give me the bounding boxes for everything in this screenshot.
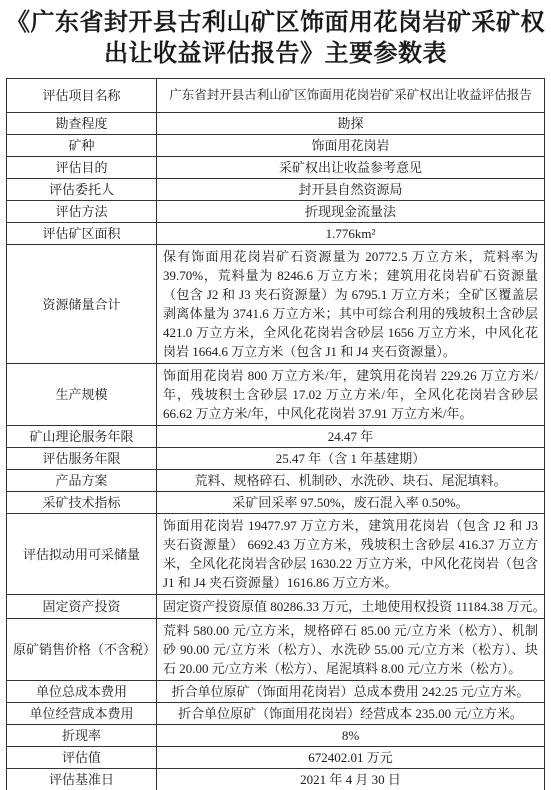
document-title-line2: 出让收益评估报告》主要参数表 — [0, 39, 551, 70]
parameters-table-body: 评估项目名称 广东省封开县古利山矿区饰面用花岗岩矿采矿权出让收益评估报告 勘查程… — [7, 79, 545, 790]
row-label: 固定资产投资 — [7, 595, 157, 619]
row-label: 评估方法 — [7, 201, 157, 223]
row-value: 荒料、规格碎石、机制砂、水洗砂、块石、尾泥填料。 — [157, 470, 545, 492]
table-row: 生产规模 饰面用花岗岩 800 万立方米/年，建筑用花岗岩 229.26 万立方… — [7, 364, 545, 426]
row-label: 矿山理论服务年限 — [7, 426, 157, 448]
row-value: 2021 年 4 月 30 日 — [157, 769, 545, 790]
table-row: 固定资产投资 固定资产投资原值 80286.33 万元，土地使用权投资 1118… — [7, 595, 545, 619]
row-value: 采矿回采率 97.50%，废石混入率 0.50%。 — [157, 492, 545, 514]
row-label: 评估拟动用可采储量 — [7, 514, 157, 595]
row-label: 评估值 — [7, 747, 157, 769]
row-value: 饰面用花岗岩 — [157, 135, 545, 157]
table-row: 折现率 8% — [7, 725, 545, 747]
table-row: 产品方案 荒料、规格碎石、机制砂、水洗砂、块石、尾泥填料。 — [7, 470, 545, 492]
row-value: 折现现金流量法 — [157, 201, 545, 223]
document-title-line1: 《广东省封开县古利山矿区饰面用花岗岩矿采矿权 — [0, 8, 551, 39]
row-value: 672402.01 万元 — [157, 747, 545, 769]
row-value: 8% — [157, 725, 545, 747]
table-row: 矿山理论服务年限 24.47 年 — [7, 426, 545, 448]
row-value: 封开县自然资源局 — [157, 179, 545, 201]
table-row: 评估拟动用可采储量 饰面用花岗岩 19477.97 万立方米，建筑用花岗岩（包含… — [7, 514, 545, 595]
table-row: 资源储量合计 保有饰面用花岗岩矿石资源量为 20772.5 万立方米，荒料率为 … — [7, 245, 545, 364]
row-label: 产品方案 — [7, 470, 157, 492]
table-row: 评估委托人 封开县自然资源局 — [7, 179, 545, 201]
table-row: 评估矿区面积 1.776km² — [7, 223, 545, 245]
row-value: 荒料 580.00 元/立方米，规格碎石 85.00 元/立方米（松方）、机制砂… — [157, 619, 545, 681]
row-label: 评估项目名称 — [7, 79, 157, 113]
row-value: 饰面用花岗岩 19477.97 万立方米，建筑用花岗岩（包含 J2 和 J3 夹… — [157, 514, 545, 595]
row-value: 饰面用花岗岩 800 万立方米/年，建筑用花岗岩 229.26 万立方米/年，残… — [157, 364, 545, 426]
row-label: 生产规模 — [7, 364, 157, 426]
row-label: 资源储量合计 — [7, 245, 157, 364]
table-row: 评估项目名称 广东省封开县古利山矿区饰面用花岗岩矿采矿权出让收益评估报告 — [7, 79, 545, 113]
row-label: 评估基准日 — [7, 769, 157, 790]
row-label: 原矿销售价格（不含税） — [7, 619, 157, 681]
table-row: 评估目的 采矿权出让收益参考意见 — [7, 157, 545, 179]
row-label: 矿种 — [7, 135, 157, 157]
row-label: 评估服务年限 — [7, 448, 157, 470]
row-label: 评估矿区面积 — [7, 223, 157, 245]
row-label: 单位总成本费用 — [7, 681, 157, 703]
row-value: 24.47 年 — [157, 426, 545, 448]
row-value: 折合单位原矿（饰面用花岗岩）经营成本 235.00 元/立方米。 — [157, 703, 545, 725]
row-value: 勘探 — [157, 113, 545, 135]
parameters-table: 评估项目名称 广东省封开县古利山矿区饰面用花岗岩矿采矿权出让收益评估报告 勘查程… — [6, 78, 545, 790]
row-label: 单位经营成本费用 — [7, 703, 157, 725]
row-value: 1.776km² — [157, 223, 545, 245]
table-row: 勘查程度 勘探 — [7, 113, 545, 135]
table-row: 矿种 饰面用花岗岩 — [7, 135, 545, 157]
row-value: 采矿权出让收益参考意见 — [157, 157, 545, 179]
row-label: 勘查程度 — [7, 113, 157, 135]
table-row: 评估基准日 2021 年 4 月 30 日 — [7, 769, 545, 790]
table-row: 单位总成本费用 折合单位原矿（饰面用花岗岩）总成本费用 242.25 元/立方米… — [7, 681, 545, 703]
row-value: 固定资产投资原值 80286.33 万元，土地使用权投资 11184.38 万元… — [157, 595, 545, 619]
table-row: 原矿销售价格（不含税） 荒料 580.00 元/立方米，规格碎石 85.00 元… — [7, 619, 545, 681]
row-label: 采矿技术指标 — [7, 492, 157, 514]
table-row: 评估方法 折现现金流量法 — [7, 201, 545, 223]
row-label: 评估目的 — [7, 157, 157, 179]
row-label: 评估委托人 — [7, 179, 157, 201]
document-title: 《广东省封开县古利山矿区饰面用花岗岩矿采矿权 出让收益评估报告》主要参数表 — [0, 0, 551, 70]
table-row: 采矿技术指标 采矿回采率 97.50%，废石混入率 0.50%。 — [7, 492, 545, 514]
row-value: 25.47 年（含 1 年基建期） — [157, 448, 545, 470]
table-row: 单位经营成本费用 折合单位原矿（饰面用花岗岩）经营成本 235.00 元/立方米… — [7, 703, 545, 725]
row-value: 折合单位原矿（饰面用花岗岩）总成本费用 242.25 元/立方米。 — [157, 681, 545, 703]
table-row: 评估服务年限 25.47 年（含 1 年基建期） — [7, 448, 545, 470]
row-value: 保有饰面用花岗岩矿石资源量为 20772.5 万立方米，荒料率为 39.70%，… — [157, 245, 545, 364]
row-value: 广东省封开县古利山矿区饰面用花岗岩矿采矿权出让收益评估报告 — [157, 79, 545, 113]
row-label: 折现率 — [7, 725, 157, 747]
table-row: 评估值 672402.01 万元 — [7, 747, 545, 769]
